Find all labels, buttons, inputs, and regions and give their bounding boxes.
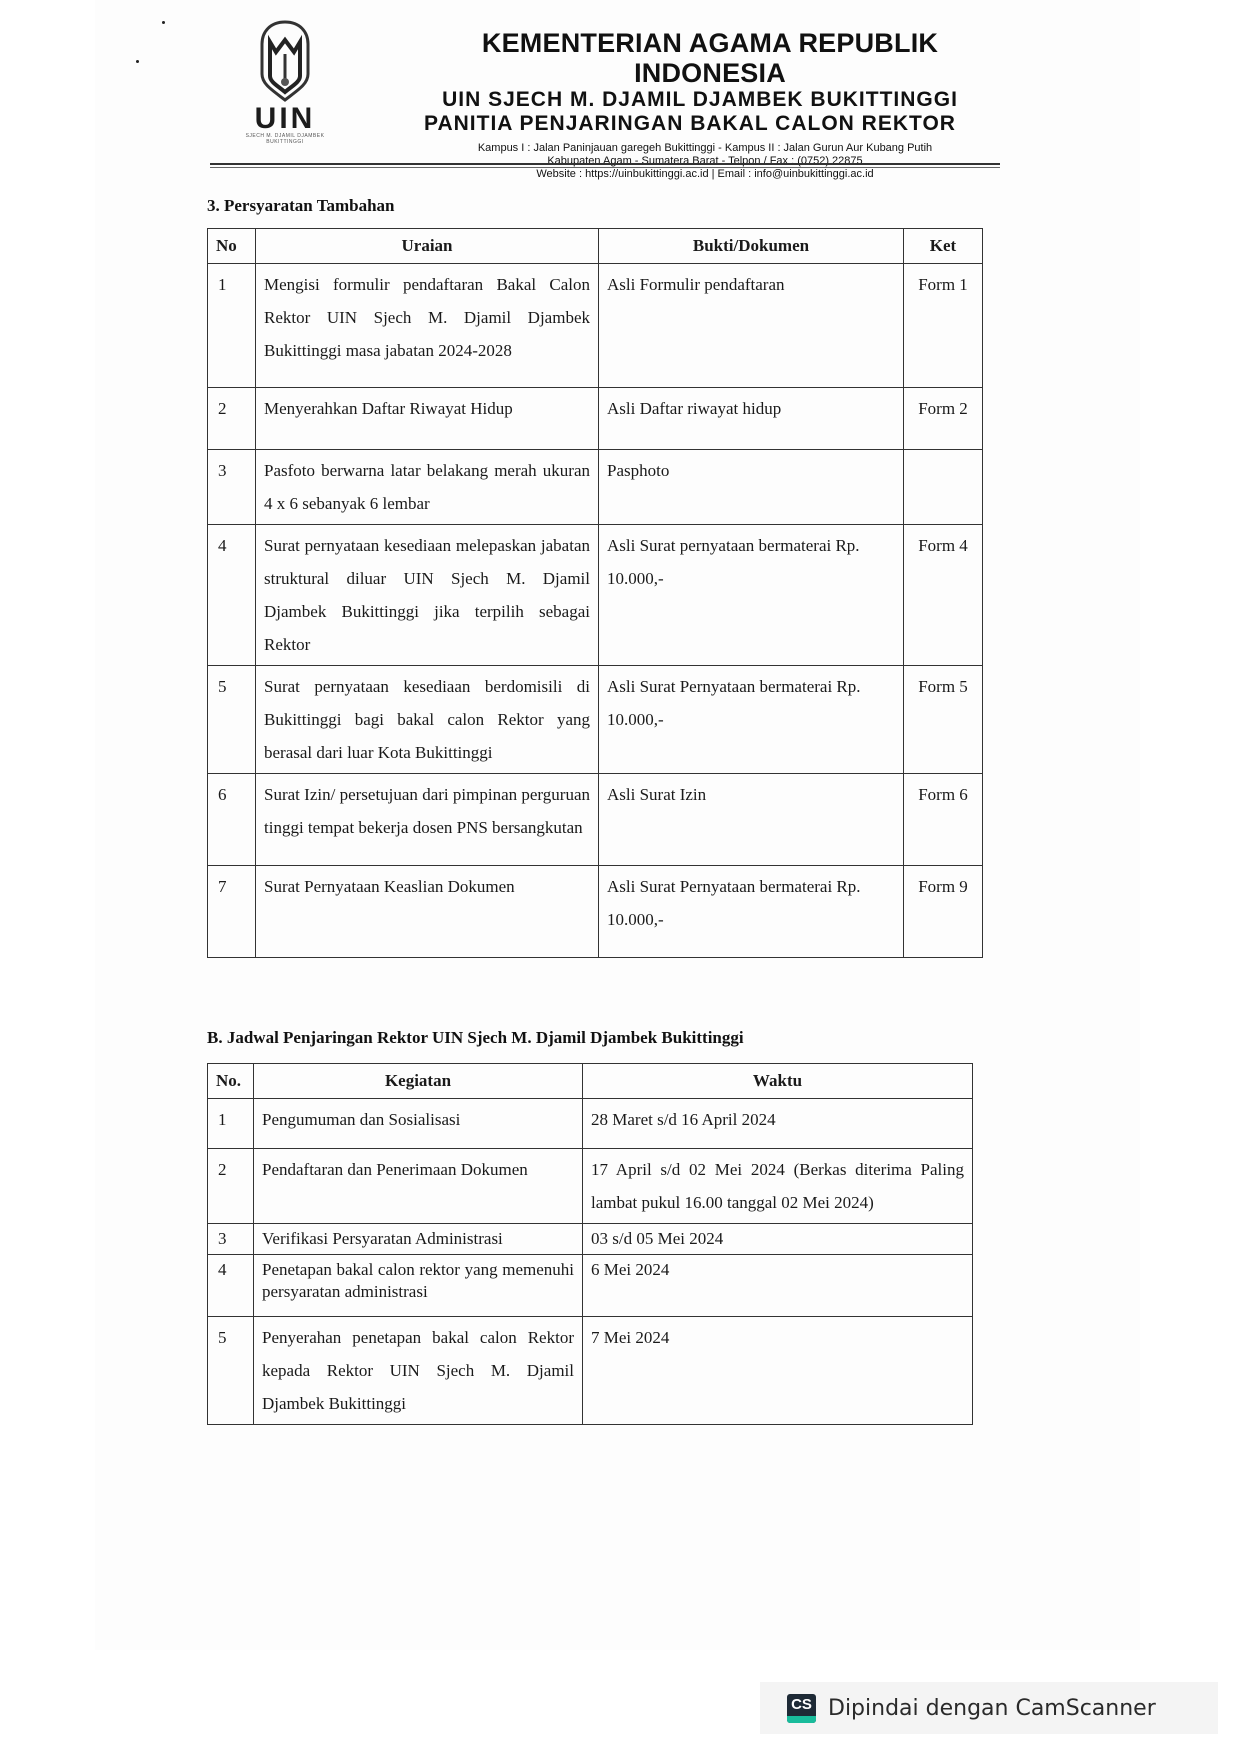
address-line: Kampus I : Jalan Paninjauan garegeh Buki… bbox=[410, 142, 1000, 155]
table-row: 2Menyerahkan Daftar Riwayat HidupAsli Da… bbox=[208, 388, 983, 450]
scan-speck bbox=[136, 60, 139, 63]
table-header-row: No. Kegiatan Waktu bbox=[208, 1064, 973, 1099]
logo-subtext: BUKITTINGGI bbox=[230, 139, 340, 145]
row-number: 3 bbox=[208, 1224, 254, 1255]
header-kegiatan: Kegiatan bbox=[254, 1064, 583, 1099]
section-title: B. Jadwal Penjaringan Rektor UIN Sjech M… bbox=[207, 1028, 744, 1048]
row-evidence: Asli Surat Pernyataan bermaterai Rp. 10.… bbox=[599, 866, 904, 958]
camscanner-watermark: CS Dipindai dengan CamScanner bbox=[760, 1682, 1218, 1734]
row-evidence: Asli Daftar riwayat hidup bbox=[599, 388, 904, 450]
row-number: 5 bbox=[208, 666, 256, 774]
header-no: No bbox=[208, 229, 256, 264]
letterhead-divider bbox=[210, 163, 1000, 165]
header-ket: Ket bbox=[904, 229, 983, 264]
row-time: 03 s/d 05 Mei 2024 bbox=[583, 1224, 973, 1255]
row-description: Surat pernyataan kesediaan melepaskan ja… bbox=[256, 525, 599, 666]
row-note: Form 5 bbox=[904, 666, 983, 774]
table-row: 3Verifikasi Persyaratan Administrasi03 s… bbox=[208, 1224, 973, 1255]
row-note: Form 6 bbox=[904, 774, 983, 866]
row-time: 17 April s/d 02 Mei 2024 (Berkas diterim… bbox=[583, 1149, 973, 1224]
row-activity: Pengumuman dan Sosialisasi bbox=[254, 1099, 583, 1149]
row-evidence: Pasphoto bbox=[599, 450, 904, 525]
table-row: 1Mengisi formulir pendaftaran Bakal Calo… bbox=[208, 264, 983, 388]
row-number: 4 bbox=[208, 525, 256, 666]
letterhead: UIN SJECH M. DJAMIL DJAMBEK BUKITTINGGI … bbox=[200, 18, 1000, 168]
header-no: No. bbox=[208, 1064, 254, 1099]
row-evidence: Asli Surat pernyataan bermaterai Rp. 10.… bbox=[599, 525, 904, 666]
row-evidence: Asli Surat Izin bbox=[599, 774, 904, 866]
row-note: Form 2 bbox=[904, 388, 983, 450]
table-row: 4Surat pernyataan kesediaan melepaskan j… bbox=[208, 525, 983, 666]
table-row: 3Pasfoto berwarna latar belakang merah u… bbox=[208, 450, 983, 525]
logo-uin-text: UIN bbox=[230, 105, 340, 133]
schedule-table: No. Kegiatan Waktu 1Pengumuman dan Sosia… bbox=[207, 1063, 973, 1425]
table-row: 5Penyerahan penetapan bakal calon Rektor… bbox=[208, 1317, 973, 1425]
row-activity: Pendaftaran dan Penerimaan Dokumen bbox=[254, 1149, 583, 1224]
row-description: Surat pernyataan kesediaan berdomisili d… bbox=[256, 666, 599, 774]
row-number: 1 bbox=[208, 1099, 254, 1149]
row-activity: Penetapan bakal calon rektor yang memenu… bbox=[254, 1255, 583, 1317]
header-bukti: Bukti/Dokumen bbox=[599, 229, 904, 264]
row-number: 4 bbox=[208, 1255, 254, 1317]
row-evidence: Asli Formulir pendaftaran bbox=[599, 264, 904, 388]
row-note bbox=[904, 450, 983, 525]
row-number: 7 bbox=[208, 866, 256, 958]
table-row: 4Penetapan bakal calon rektor yang memen… bbox=[208, 1255, 973, 1317]
camscanner-logo-icon: CS bbox=[787, 1694, 816, 1723]
contact-line: Website : https://uinbukittinggi.ac.id |… bbox=[410, 168, 1000, 181]
table-row: 1Pengumuman dan Sosialisasi28 Maret s/d … bbox=[208, 1099, 973, 1149]
row-number: 5 bbox=[208, 1317, 254, 1425]
row-evidence: Asli Surat Pernyataan bermaterai Rp. 10.… bbox=[599, 666, 904, 774]
ministry-name: KEMENTERIAN AGAMA REPUBLIK INDONESIA bbox=[420, 28, 1000, 88]
uin-emblem-icon bbox=[250, 18, 320, 103]
row-note: Form 4 bbox=[904, 525, 983, 666]
row-description: Mengisi formulir pendaftaran Bakal Calon… bbox=[256, 264, 599, 388]
row-number: 3 bbox=[208, 450, 256, 525]
row-time: 6 Mei 2024 bbox=[583, 1255, 973, 1317]
row-number: 1 bbox=[208, 264, 256, 388]
row-activity: Verifikasi Persyaratan Administrasi bbox=[254, 1224, 583, 1255]
table-row: 6Surat Izin/ persetujuan dari pimpinan p… bbox=[208, 774, 983, 866]
section-title: 3. Persyaratan Tambahan bbox=[207, 196, 395, 216]
committee-name: PANITIA PENJARINGAN BAKAL CALON REKTOR bbox=[380, 112, 1000, 136]
table-row: 5Surat pernyataan kesediaan berdomisili … bbox=[208, 666, 983, 774]
row-description: Surat Izin/ persetujuan dari pimpinan pe… bbox=[256, 774, 599, 866]
header-uraian: Uraian bbox=[256, 229, 599, 264]
row-note: Form 1 bbox=[904, 264, 983, 388]
header-waktu: Waktu bbox=[583, 1064, 973, 1099]
row-number: 2 bbox=[208, 388, 256, 450]
letterhead-text: KEMENTERIAN AGAMA REPUBLIK INDONESIA UIN… bbox=[350, 28, 1000, 181]
row-activity: Penyerahan penetapan bakal calon Rektor … bbox=[254, 1317, 583, 1425]
row-number: 2 bbox=[208, 1149, 254, 1224]
row-description: Surat Pernyataan Keaslian Dokumen bbox=[256, 866, 599, 958]
letterhead-divider bbox=[210, 167, 1000, 168]
row-note: Form 9 bbox=[904, 866, 983, 958]
scan-speck bbox=[162, 21, 165, 24]
row-description: Menyerahkan Daftar Riwayat Hidup bbox=[256, 388, 599, 450]
row-number: 6 bbox=[208, 774, 256, 866]
requirements-table: No Uraian Bukti/Dokumen Ket 1Mengisi for… bbox=[207, 228, 983, 958]
scan-label: Dipindai dengan CamScanner bbox=[828, 1696, 1156, 1721]
row-description: Pasfoto berwarna latar belakang merah uk… bbox=[256, 450, 599, 525]
table-header-row: No Uraian Bukti/Dokumen Ket bbox=[208, 229, 983, 264]
university-logo: UIN SJECH M. DJAMIL DJAMBEK BUKITTINGGI bbox=[230, 18, 340, 148]
university-name: UIN SJECH M. DJAMIL DJAMBEK BUKITTINGGI bbox=[400, 88, 1000, 112]
row-time: 28 Maret s/d 16 April 2024 bbox=[583, 1099, 973, 1149]
table-row: 7Surat Pernyataan Keaslian DokumenAsli S… bbox=[208, 866, 983, 958]
row-time: 7 Mei 2024 bbox=[583, 1317, 973, 1425]
table-row: 2Pendaftaran dan Penerimaan Dokumen17 Ap… bbox=[208, 1149, 973, 1224]
